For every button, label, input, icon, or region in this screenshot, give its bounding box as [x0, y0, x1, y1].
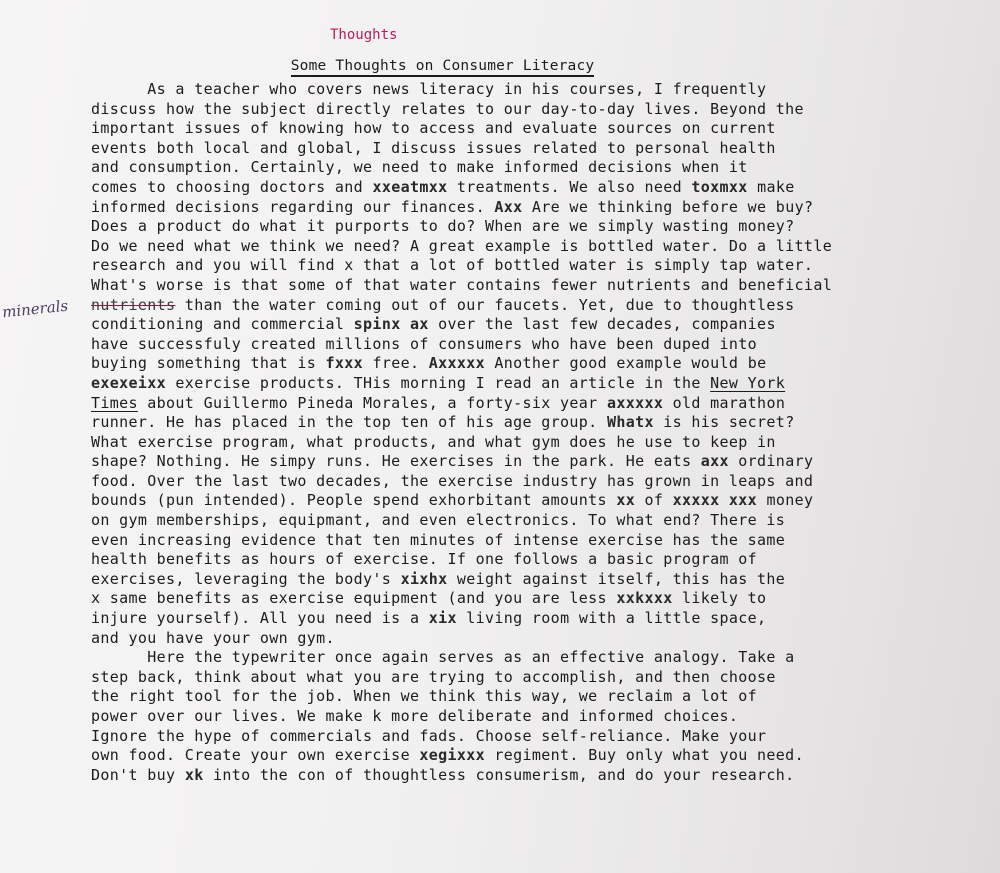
text-line: important issues of knowing how to acces…: [91, 119, 991, 139]
text-line: on gym memberships, equipmant, and even …: [91, 511, 991, 531]
x-out: xk: [185, 766, 204, 784]
x-out: axx: [701, 452, 729, 470]
x-out: xixhx: [401, 570, 448, 588]
margin-note: minerals: [1, 297, 69, 322]
essay-body: As a teacher who covers news literacy in…: [91, 80, 991, 785]
text-line: research and you will find x that a lot …: [91, 256, 991, 276]
text-line: shape? Nothing. He simpy runs. He exerci…: [91, 452, 991, 472]
x-out: xegixxx: [419, 746, 485, 764]
text-line: What's worse is that some of that water …: [91, 276, 991, 296]
x-out: xxxxx: [673, 491, 720, 509]
x-out: xx: [616, 491, 635, 509]
text-line: exexeixx exercise products. THis morning…: [91, 374, 991, 394]
text-line: even increasing evidence that ten minute…: [91, 531, 991, 551]
text-line: Don't buy xk into the con of thoughtless…: [91, 766, 991, 786]
text-line: health benefits as hours of exercise. If…: [91, 550, 991, 570]
text-line: own food. Create your own exercise xegix…: [91, 746, 991, 766]
x-out: xxkxxx: [616, 589, 672, 607]
underlined-title: Times: [91, 394, 138, 412]
text-line: Here the typewriter once again serves as…: [91, 648, 991, 668]
x-out: xxx: [729, 491, 757, 509]
x-out: spinx: [354, 315, 401, 333]
typewritten-page: Thoughts Some Thoughts on Consumer Liter…: [0, 0, 1000, 873]
text-line: step back, think about what you are tryi…: [91, 668, 991, 688]
text-line: bounds (pun intended). People spend exho…: [91, 491, 991, 511]
text-line: the right tool for the job. When we thin…: [91, 687, 991, 707]
text-line: events both local and global, I discuss …: [91, 139, 991, 159]
text-line: Does a product do what it purports to do…: [91, 217, 991, 237]
title-correction: Thoughts: [330, 27, 397, 43]
text-line: injure yourself). All you need is a xix …: [91, 609, 991, 629]
text-line: discuss how the subject directly relates…: [91, 100, 991, 120]
x-out: Whatx: [607, 413, 654, 431]
text-line: buying something that is fxxx free. Axxx…: [91, 354, 991, 374]
text-line: food. Over the last two decades, the exe…: [91, 472, 991, 492]
x-out: axxxxx: [607, 394, 663, 412]
text-line: x same benefits as exercise equipment (a…: [91, 589, 991, 609]
text-line: and you have your own gym.: [91, 629, 991, 649]
text-line: What exercise program, what products, an…: [91, 433, 991, 453]
text-line: have successfuly created millions of con…: [91, 335, 991, 355]
text-line: conditioning and commercial spinx ax ove…: [91, 315, 991, 335]
underlined-title: New York: [710, 374, 785, 392]
text-line: power over our lives. We make k more del…: [91, 707, 991, 727]
x-out: xxeatmxx: [372, 178, 447, 196]
text-line: Times about Guillermo Pineda Morales, a …: [91, 394, 991, 414]
text-line: Do we need what we think we need? A grea…: [91, 237, 991, 257]
struck-word: nutrients: [91, 296, 175, 314]
x-out: ax: [410, 315, 429, 333]
x-out: exexeixx: [91, 374, 166, 392]
text-line: nutrients than the water coming out of o…: [91, 296, 991, 316]
text-line: informed decisions regarding our finance…: [91, 198, 991, 218]
text-line: exercises, leveraging the body's xixhx w…: [91, 570, 991, 590]
text-line: Ignore the hype of commercials and fads.…: [91, 727, 991, 747]
x-out: xix: [429, 609, 457, 627]
x-out: fxxx: [326, 354, 364, 372]
x-out: Axxxxx: [429, 354, 485, 372]
text-line: As a teacher who covers news literacy in…: [91, 80, 991, 100]
text-line: comes to choosing doctors and xxeatmxx t…: [91, 178, 991, 198]
x-out: Axx: [494, 198, 522, 216]
title-text: Some Thoughts on Consumer Literacy: [291, 58, 595, 77]
text-line: runner. He has placed in the top ten of …: [91, 413, 991, 433]
text-line: and consumption. Certainly, we need to m…: [91, 158, 991, 178]
x-out: toxmxx: [691, 178, 747, 196]
